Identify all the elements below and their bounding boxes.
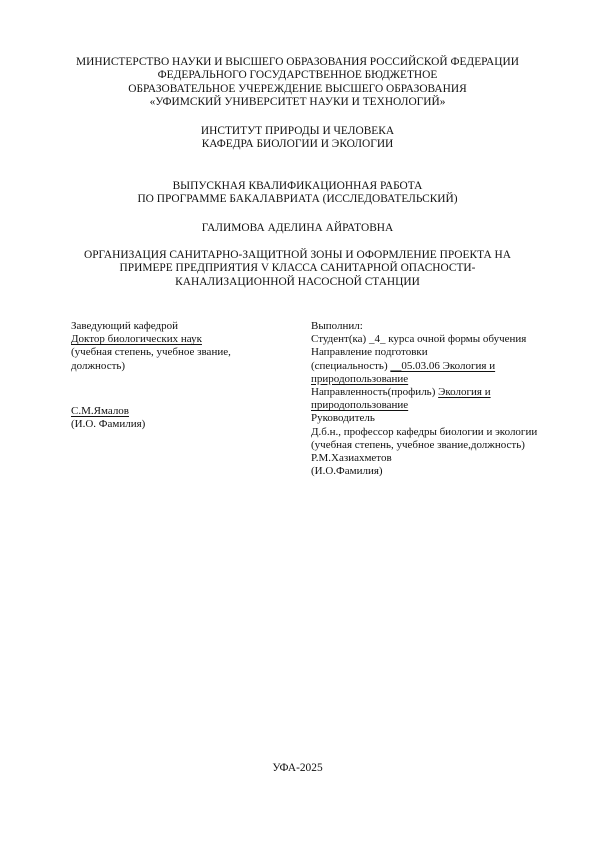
ministry-line: ОБРАЗОВАТЕЛЬНОЕ УЧЕРЕЖДЕНИЕ ВЫСШЕГО ОБРА… <box>0 83 595 96</box>
work-type-line: ВЫПУСКНАЯ КВАЛИФИКАЦИОННАЯ РАБОТА <box>0 180 595 193</box>
work-type-block: ВЫПУСКНАЯ КВАЛИФИКАЦИОННАЯ РАБОТА ПО ПРО… <box>0 180 595 207</box>
specialty-value-cont: природопользование <box>311 373 537 386</box>
profile-line: Направленность(профиль) Экология и <box>311 386 537 399</box>
institute-name: ИНСТИТУТ ПРИРОДЫ И ЧЕЛОВЕКА <box>0 125 595 138</box>
head-degree-hint: должность) <box>71 360 231 373</box>
direction-label: Направление подготовки <box>311 346 537 359</box>
student-block: Выполнил: Студент(ка) _4_ курса очной фо… <box>311 320 537 478</box>
supervisor-position: Д.б.н., профессор кафедры биологии и эко… <box>311 426 537 439</box>
head-degree: Доктор биологических наук <box>71 333 231 346</box>
supervisor-name: Р.М.Хазиахметов <box>311 452 537 465</box>
title-line: ОРГАНИЗАЦИЯ САНИТАРНО-ЗАЩИТНОЙ ЗОНЫ И ОФ… <box>0 249 595 262</box>
ministry-line: ФЕДЕРАЛЬНОГО ГОСУДАРСТВЕННОЕ БЮДЖЕТНОЕ <box>0 69 595 82</box>
profile-value: Экология и <box>438 386 491 398</box>
supervisor-name-hint: (И.О.Фамилия) <box>311 465 537 478</box>
footer-text: УФА-2025 <box>0 762 595 775</box>
specialty-prefix: (специальность) <box>311 360 390 372</box>
footer-city-year: УФА-2025 <box>0 762 595 775</box>
student-prefix: Студент(ка) <box>311 333 369 345</box>
student-course-line: Студент(ка) _4_ курса очной формы обучен… <box>311 333 537 346</box>
head-role: Заведующий кафедрой <box>71 320 231 333</box>
student-suffix: курса очной формы обучения <box>385 333 526 345</box>
university-name: «УФИМСКИЙ УНИВЕРСИТЕТ НАУКИ И ТЕХНОЛОГИЙ… <box>0 96 595 109</box>
profile-value-cont: природопользование <box>311 399 537 412</box>
ministry-header: МИНИСТЕРСТВО НАУКИ И ВЫСШЕГО ОБРАЗОВАНИЯ… <box>0 56 595 109</box>
work-type-line: ПО ПРОГРАММЕ БАКАЛАВРИАТА (ИССЛЕДОВАТЕЛЬ… <box>0 193 595 206</box>
supervisor-label: Руководитель <box>311 412 537 425</box>
department-name: КАФЕДРА БИОЛОГИИ И ЭКОЛОГИИ <box>0 138 595 151</box>
author-text: ГАЛИМОВА АДЕЛИНА АЙРАТОВНА <box>0 222 595 235</box>
specialty-line: (специальность) __05.03.06 Экология и <box>311 360 537 373</box>
head-name-hint: (И.О. Фамилия) <box>71 418 231 431</box>
done-by-label: Выполнил: <box>311 320 537 333</box>
thesis-title: ОРГАНИЗАЦИЯ САНИТАРНО-ЗАЩИТНОЙ ЗОНЫ И ОФ… <box>0 249 595 289</box>
supervisor-hint: (учебная степень, учебное звание,должнос… <box>311 439 537 452</box>
profile-prefix: Направленность(профиль) <box>311 386 438 398</box>
institute-block: ИНСТИТУТ ПРИРОДЫ И ЧЕЛОВЕКА КАФЕДРА БИОЛ… <box>0 125 595 152</box>
head-name: С.М.Ямалов <box>71 405 231 418</box>
ministry-line: МИНИСТЕРСТВО НАУКИ И ВЫСШЕГО ОБРАЗОВАНИЯ… <box>0 56 595 69</box>
course-number: _4_ <box>369 333 386 345</box>
head-of-department-block: Заведующий кафедрой Доктор биологических… <box>71 320 231 432</box>
title-line: ПРИМЕРЕ ПРЕДПРИЯТИЯ V КЛАССА САНИТАРНОЙ … <box>0 262 595 275</box>
specialty-value: __05.03.06 Экология и <box>390 360 495 372</box>
author-name: ГАЛИМОВА АДЕЛИНА АЙРАТОВНА <box>0 222 595 235</box>
title-line: КАНАЛИЗАЦИОННОЙ НАСОСНОЙ СТАНЦИИ <box>0 276 595 289</box>
head-degree-hint: (учебная степень, учебное звание, <box>71 346 231 359</box>
